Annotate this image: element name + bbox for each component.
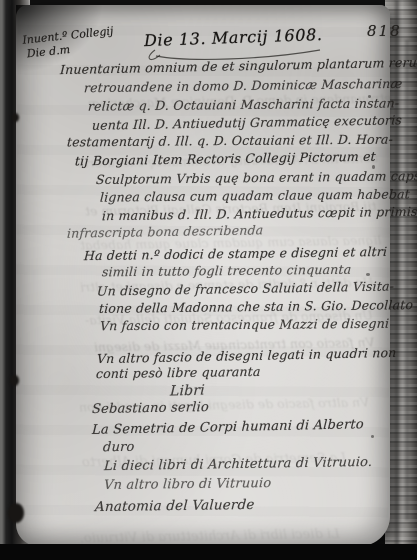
manuscript-line: Vn altro fascio de disegni legati in qua… — [97, 345, 397, 366]
edge-streak — [405, 40, 409, 520]
manuscript-line: Sebastiano serlio — [92, 400, 210, 417]
manuscript-line: testamentarij d. Ill. q. D. Octauiani et… — [67, 132, 394, 150]
date-heading: Die 13. Marcij 1608. — [144, 25, 323, 50]
manuscript-line: Vn fascio con trentacinque Mazzi de dise… — [100, 316, 390, 334]
margin-note: Inuent.º Collegij Die d.m — [22, 24, 116, 61]
photo-background — [0, 544, 417, 560]
manuscript-line: lignea clausa cum quadam claue quam habe… — [100, 186, 411, 204]
manuscript-line: relictæ q. D. Octauiani Mascharini facta… — [88, 95, 400, 113]
manuscript-line: retrouandene in domo D. Dominicæ Maschar… — [84, 76, 403, 95]
manuscript-line: infrascripta bona describenda — [67, 222, 264, 240]
manuscript-line: Libri — [170, 383, 206, 400]
manuscript-line: tij Borgiani Item Rectoris Collegij Pict… — [75, 149, 377, 169]
manuscript-line: Anatomia del Valuerde — [95, 497, 255, 515]
ink-layer: Inuent.º Collegij Die d.m Die 13. Marcij… — [16, 5, 390, 546]
manuscript-line: in manibus d. Ill. D. Antiuedutus cœpit … — [102, 204, 417, 223]
manuscript-line: Inuentarium omnium de et singulorum plan… — [60, 54, 417, 77]
manuscript-photo: Inuent.º Collegij Die d.m Die 13. Marcij… — [0, 0, 417, 560]
manuscript-line: conti pesò libre quaranta — [96, 364, 262, 381]
manuscript-line: tione della Madonna che sta in S. Gio. D… — [99, 297, 414, 316]
manuscript-line: simili in tutto fogli trecento cinquanta — [102, 262, 352, 280]
manuscript-line: La Semetria de Corpi humani di Alberto — [92, 417, 365, 438]
manuscript-line: Li dieci libri di Architettura di Vitruu… — [104, 455, 373, 474]
manuscript-line: Ha detti n.º dodici de stampe e disegni … — [84, 244, 388, 263]
manuscript-line: Sculptorum Vrbis quę bona erant in quada… — [96, 168, 417, 187]
manuscript-line: duro — [103, 440, 135, 455]
manuscript-page: Inuent.º Collegij Die d.m Die 13. Marcij… — [16, 5, 390, 546]
folio-number: 818 — [367, 22, 402, 40]
manuscript-line: Vn altro libro di Vitruuio — [104, 476, 272, 493]
manuscript-line: Un disegno de francesco Saluiati della V… — [97, 278, 395, 298]
manuscript-line: uenta Ill. D. Antiuedutij Grammaticę exe… — [92, 112, 403, 132]
